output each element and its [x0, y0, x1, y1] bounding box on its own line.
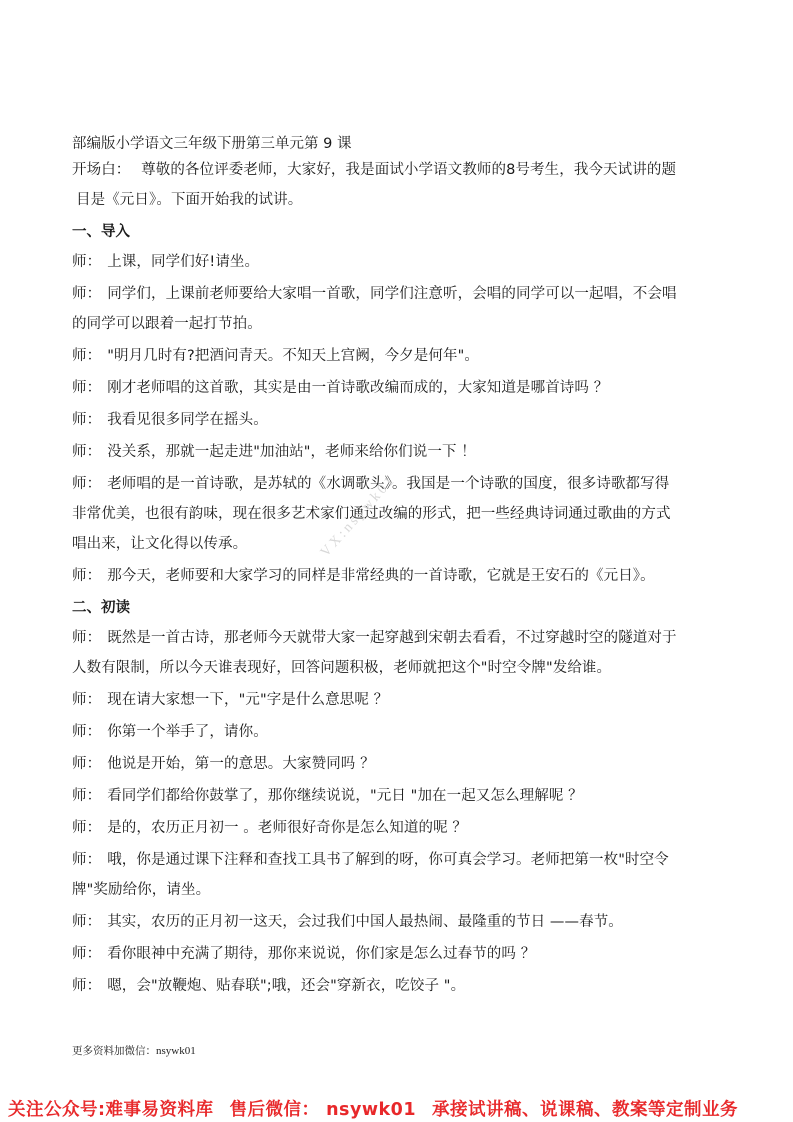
dialogue-paragraph: 师：我看见很多同学在摇头。 — [72, 408, 732, 432]
dialogue-paragraph: 师：刚才老师唱的这首歌，其实是由一首诗歌改编而成的，大家知道是哪首诗吗 ？ — [72, 376, 732, 400]
banner-services: 承接试讲稿、说课稿、教案等定制业务 — [432, 1100, 738, 1120]
dialogue-paragraph: 师：你第一个举手了，请你。 — [72, 720, 732, 744]
opening-line-1: 尊敬的各位评委老师，大家好，我是面试小学语文教师的8号考生，我今天试讲的题 — [141, 162, 676, 178]
dialogue-paragraph: 师：嗯，会"放鞭炮、贴春联";哦，还会"穿新衣，吃饺子 "。 — [72, 974, 732, 998]
speaker-label: 师： — [72, 820, 101, 836]
speaker-label: 师： — [72, 476, 101, 492]
footer-note: 更多资料加微信：nsywk01 — [72, 1043, 196, 1058]
opening-line-2: 目是《元日》。下面开始我的试讲。 — [72, 188, 732, 212]
opening-label: 开场白： — [72, 162, 130, 178]
dialogue-paragraph: 师：那今天，老师要和大家学习的同样是非常经典的一首诗歌，它就是王安石的《元日》。 — [72, 564, 732, 588]
dialogue-paragraph: 师：上课，同学们好!请坐。 — [72, 250, 732, 274]
dialogue-line: 哦，你是通过课下注释和查找工具书了解到的呀，你可真会学习。老师把第一枚"时空令 — [107, 852, 669, 868]
dialogue-paragraph: 师：其实，农历的正月初一这天，会过我们中国人最热闹、最隆重的节日 ——春节。 — [72, 910, 732, 934]
dialogue-paragraph: 师：老师唱的是一首诗歌，是苏轼的《水调歌头》。我国是一个诗歌的国度，很多诗歌都写… — [72, 472, 732, 556]
speaker-label: 师： — [72, 788, 101, 804]
speaker-label: 师： — [72, 946, 101, 962]
document-title: 部编版小学语文三年级下册第三单元第 9 课 — [72, 133, 732, 155]
speaker-label: 师： — [72, 852, 101, 868]
opening-paragraph: 开场白： 尊敬的各位评委老师，大家好，我是面试小学语文教师的8号考生，我今天试讲… — [72, 158, 732, 212]
dialogue-paragraph: 师：是的，农历正月初一 。老师很好奇你是怎么知道的呢 ？ — [72, 816, 732, 840]
speaker-label: 师： — [72, 286, 101, 302]
dialogue-line: 牌"奖励给你，请坐。 — [72, 878, 732, 902]
speaker-label: 师： — [72, 348, 101, 364]
speaker-label: 师： — [72, 724, 101, 740]
document-page: 部编版小学语文三年级下册第三单元第 9 课 开场白： 尊敬的各位评委老师，大家好… — [0, 0, 793, 1122]
speaker-label: 师： — [72, 756, 101, 772]
footer-note-label: 更多资料加微信： — [72, 1045, 156, 1057]
dialogue-line: 你第一个举手了，请你。 — [107, 724, 268, 740]
section-heading-intro: 一、导入 — [72, 220, 732, 244]
speaker-label: 师： — [72, 692, 101, 708]
dialogue-paragraph: 师：同学们，上课前老师要给大家唱一首歌，同学们注意听，会唱的同学可以一起唱，不会… — [72, 282, 732, 336]
dialogue-paragraph: 师：没关系，那就一起走进"加油站"，老师来给你们说一下 ！ — [72, 440, 732, 464]
speaker-label: 师： — [72, 444, 101, 460]
dialogue-paragraph: 师：既然是一首古诗，那老师今天就带大家一起穿越到宋朝去看看，不过穿越时空的隧道对… — [72, 626, 732, 680]
dialogue-line: 其实，农历的正月初一这天，会过我们中国人最热闹、最隆重的节日 ——春节。 — [107, 914, 623, 930]
dialogue-line: 上课，同学们好!请坐。 — [107, 254, 259, 270]
dialogue-paragraph: 师：看你眼神中充满了期待，那你来说说，你们家是怎么过春节的吗 ？ — [72, 942, 732, 966]
document-body: 部编版小学语文三年级下册第三单元第 9 课 开场白： 尊敬的各位评委老师，大家好… — [72, 133, 732, 1006]
dialogue-line: 那今天，老师要和大家学习的同样是非常经典的一首诗歌，它就是王安石的《元日》。 — [107, 568, 655, 584]
dialogue-line: 我看见很多同学在摇头。 — [107, 412, 268, 428]
dialogue-paragraph: 师：现在请大家想一下，"元"字是什么意思呢 ？ — [72, 688, 732, 712]
speaker-label: 师： — [72, 914, 101, 930]
dialogue-line: 人数有限制，所以今天谁表现好，回答问题积极，老师就把这个"时空令牌"发给谁。 — [72, 656, 732, 680]
dialogue-paragraph: 师："明月几时有?把酒问青天。不知天上宫阙，今夕是何年"。 — [72, 344, 732, 368]
speaker-label: 师： — [72, 978, 101, 994]
dialogue-line: 既然是一首古诗，那老师今天就带大家一起穿越到宋朝去看看，不过穿越时空的隧道对于 — [107, 630, 676, 646]
banner-account: 关注公众号:难事易资料库 — [8, 1100, 214, 1120]
dialogue-paragraph: 师：他说是开始，第一的意思。大家赞同吗 ？ — [72, 752, 732, 776]
dialogue-line: 没关系，那就一起走进"加油站"，老师来给你们说一下 ！ — [107, 444, 476, 460]
dialogue-line: 现在请大家想一下，"元"字是什么意思呢 ？ — [107, 692, 388, 708]
dialogue-line: 看同学们都给你鼓掌了，那你继续说说，"元日 "加在一起又怎么理解呢 ？ — [107, 788, 583, 804]
dialogue-line: 看你眼神中充满了期待，那你来说说，你们家是怎么过春节的吗 ？ — [107, 946, 535, 962]
banner-wechat: 售后微信： nsywk01 — [230, 1100, 417, 1120]
dialogue-line: 嗯，会"放鞭炮、贴春联";哦，还会"穿新衣，吃饺子 "。 — [107, 978, 465, 994]
dialogue-paragraph: 师：哦，你是通过课下注释和查找工具书了解到的呀，你可真会学习。老师把第一枚"时空… — [72, 848, 732, 902]
speaker-label: 师： — [72, 380, 101, 396]
dialogue-line: 唱出来，让文化得以传承。 — [72, 532, 732, 556]
dialogue-line: 非常优美，也很有韵味，现在很多艺术家们通过改编的形式，把一些经典诗词通过歌曲的方… — [72, 502, 732, 526]
speaker-label: 师： — [72, 568, 101, 584]
footer-wechat-id: nsywk01 — [156, 1045, 196, 1057]
dialogue-line: 的同学可以跟着一起打节拍。 — [72, 312, 732, 336]
speaker-label: 师： — [72, 254, 101, 270]
dialogue-line: 刚才老师唱的这首歌，其实是由一首诗歌改编而成的，大家知道是哪首诗吗 ？ — [107, 380, 608, 396]
dialogue-line: 同学们，上课前老师要给大家唱一首歌，同学们注意听，会唱的同学可以一起唱，不会唱 — [107, 286, 676, 302]
dialogue-paragraph: 师：看同学们都给你鼓掌了，那你继续说说，"元日 "加在一起又怎么理解呢 ？ — [72, 784, 732, 808]
dialogue-line: 是的，农历正月初一 。老师很好奇你是怎么知道的呢 ？ — [107, 820, 467, 836]
dialogue-line: 他说是开始，第一的意思。大家赞同吗 ？ — [107, 756, 375, 772]
section-heading-first-reading: 二、初读 — [72, 596, 732, 620]
promo-banner: 关注公众号:难事易资料库售后微信： nsywk01承接试讲稿、说课稿、教案等定制… — [8, 1096, 754, 1121]
speaker-label: 师： — [72, 630, 101, 646]
dialogue-line: "明月几时有?把酒问青天。不知天上宫阙，今夕是何年"。 — [107, 348, 479, 364]
speaker-label: 师： — [72, 412, 101, 428]
